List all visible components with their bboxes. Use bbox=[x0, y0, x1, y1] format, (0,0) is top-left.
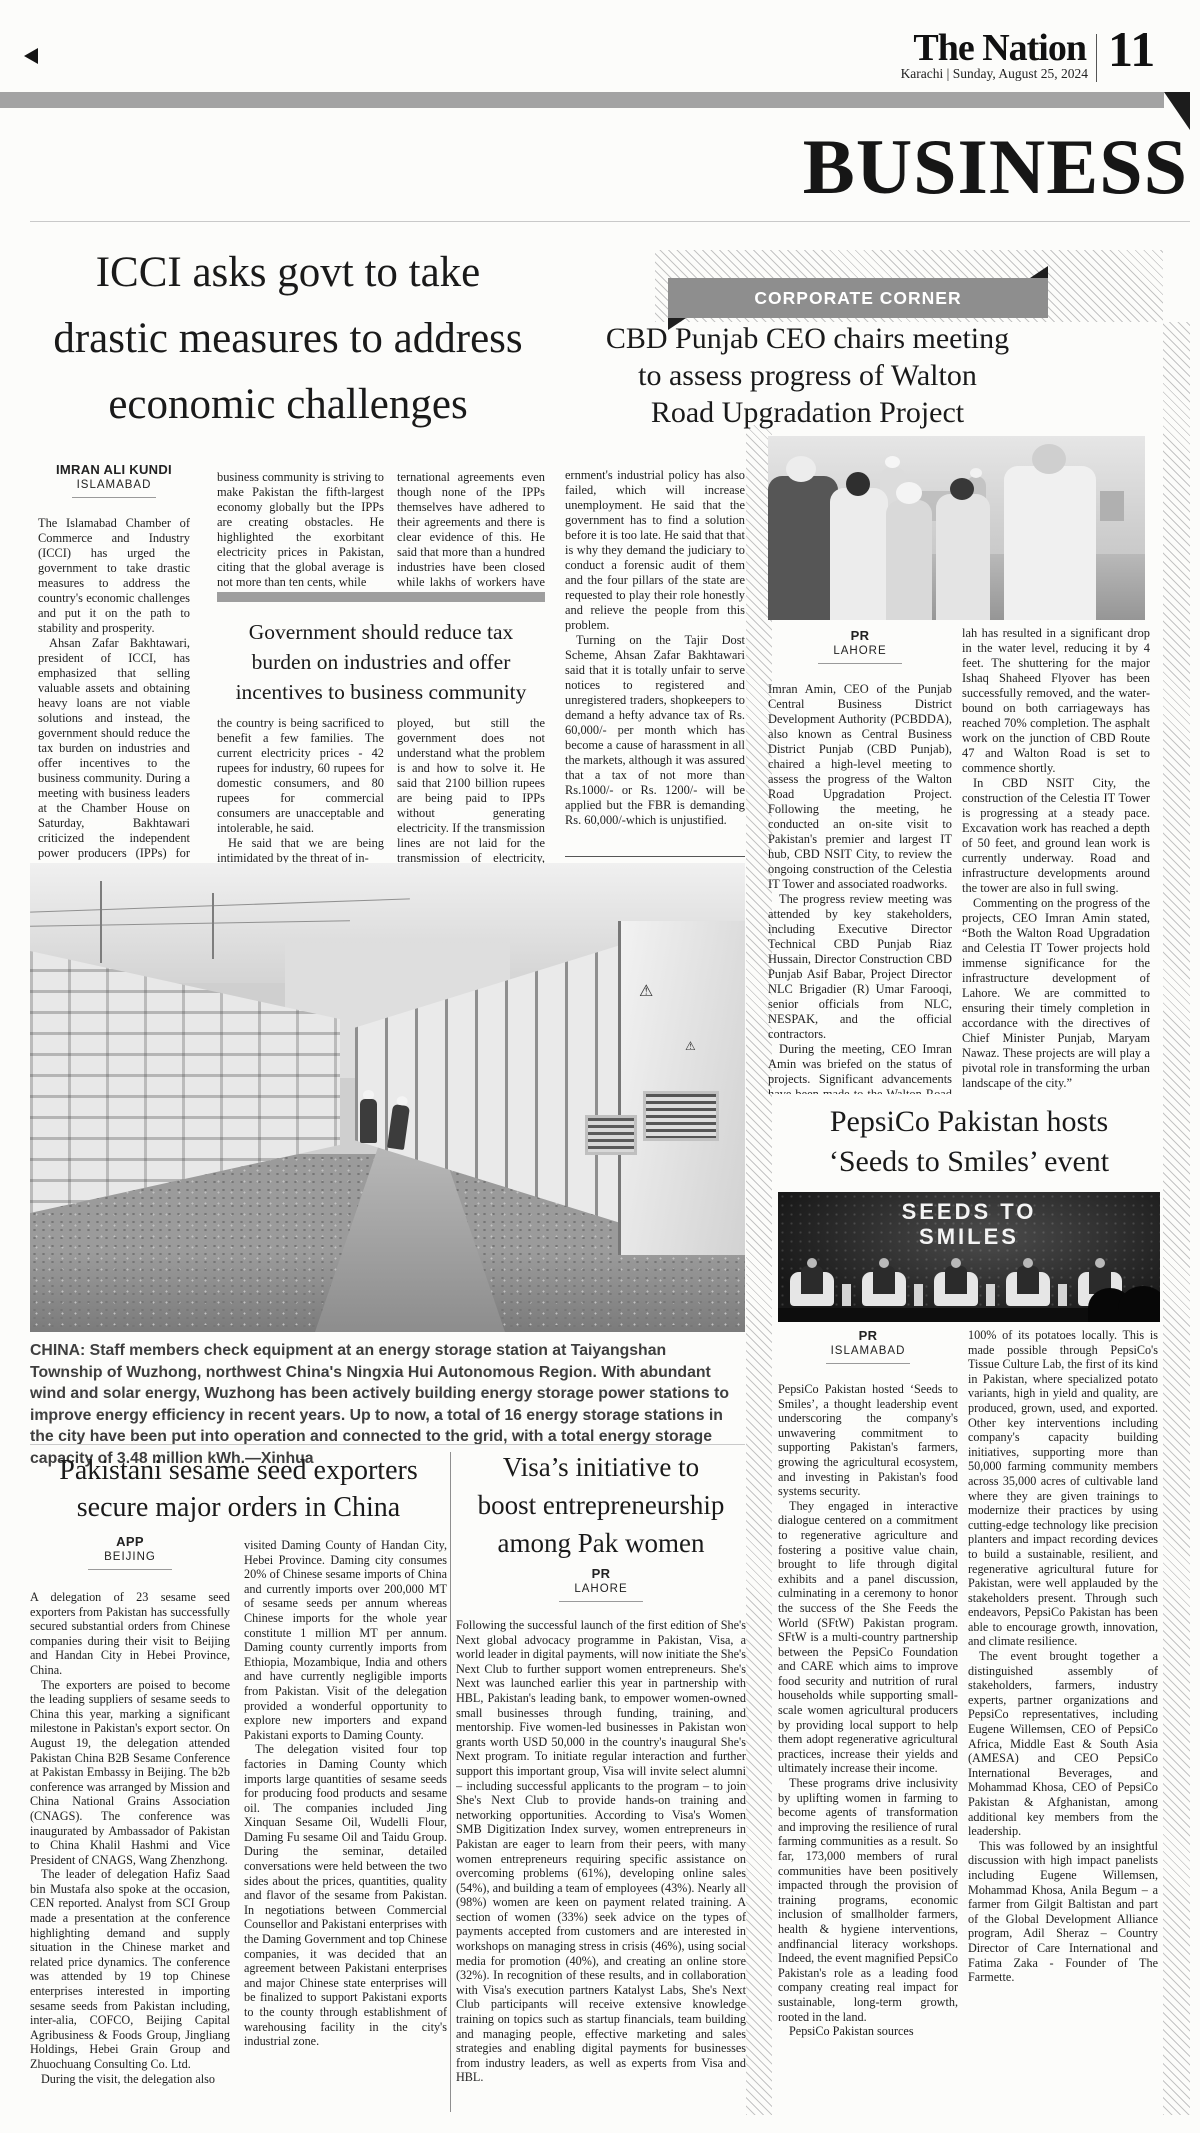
worker-figure bbox=[768, 476, 838, 620]
icci-author: IMRAN ALI KUNDI bbox=[38, 462, 190, 477]
cbd-city: LAHORE bbox=[768, 645, 952, 657]
pepsico-column-2: 100% of its potatoes locally. This is ma… bbox=[968, 1328, 1158, 2113]
pepsico-column-1: PepsiCo Pakistan hosted ‘Seeds to Smiles… bbox=[778, 1382, 958, 2113]
pepsico-city: ISLAMABAD bbox=[778, 1345, 958, 1357]
masthead-dateline: Karachi | Sunday, August 25, 2024 bbox=[901, 66, 1088, 82]
sesame-column-2: visited Daming County of Handan City, He… bbox=[244, 1538, 447, 2114]
icci-pull-quote: Government should reduce tax burden on i… bbox=[217, 592, 545, 707]
panelist-figure bbox=[1017, 1266, 1039, 1294]
side-table bbox=[914, 1284, 923, 1306]
caption-rule bbox=[30, 1444, 745, 1445]
cbd-agency: PR bbox=[768, 628, 952, 643]
header-gray-bar bbox=[0, 92, 1164, 108]
icci-column-3-below-quote: ployed, but still the government does no… bbox=[397, 716, 545, 863]
worker-figure bbox=[886, 500, 932, 620]
staff-worker-figure bbox=[360, 1099, 377, 1143]
section-title: BUSINESS bbox=[803, 126, 1188, 208]
hatch-divider-right bbox=[1163, 322, 1190, 2115]
sesame-headline: Pakistani sesame seed exporters secure m… bbox=[30, 1452, 447, 1526]
visa-byline: PR LAHORE bbox=[456, 1566, 746, 1602]
pepsico-headline: PepsiCo Pakistan hosts ‘Seeds to Smiles’… bbox=[778, 1102, 1160, 1182]
panelist-figure bbox=[945, 1266, 967, 1294]
visa-headline: Visa’s initiative to boost entrepreneurs… bbox=[456, 1448, 746, 1562]
byline-rule bbox=[88, 1569, 172, 1570]
icci-column-2-below-quote: the country is being sacrificed to benef… bbox=[217, 716, 384, 863]
sesame-agency: APP bbox=[30, 1534, 230, 1549]
hatch-divider-left bbox=[746, 425, 772, 2115]
seeds-to-smiles-backdrop-text: SEEDS TO SMILES bbox=[778, 1199, 1160, 1249]
masthead-title: The Nation bbox=[913, 26, 1086, 70]
icci-column-4-end-rule bbox=[565, 856, 745, 857]
panelist-figure bbox=[873, 1266, 895, 1294]
visa-column: Following the successful launch of the f… bbox=[456, 1618, 746, 2114]
side-table bbox=[842, 1284, 851, 1306]
column-divider-rule bbox=[450, 1452, 451, 2112]
panelist-figure bbox=[801, 1266, 823, 1294]
worker-figure bbox=[1004, 466, 1096, 620]
icci-byline: IMRAN ALI KUNDI ISLAMABAD bbox=[38, 462, 190, 498]
sesame-city: BEIJING bbox=[30, 1551, 230, 1563]
background-building bbox=[1100, 491, 1124, 521]
china-energy-storage-photo: ⚠ ⚠ ⚠ bbox=[30, 863, 745, 1332]
worker-figure bbox=[936, 494, 990, 620]
icci-column-1: The Islamabad Chamber of Commerce and In… bbox=[38, 516, 190, 864]
header-rule bbox=[30, 221, 1190, 222]
icci-column-4: ernment's industrial policy has also fai… bbox=[565, 468, 745, 848]
newspaper-page: The Nation Karachi | Sunday, August 25, … bbox=[0, 0, 1200, 2133]
worker-figure bbox=[830, 488, 888, 620]
side-table bbox=[986, 1284, 995, 1306]
cbd-column-1: Imran Amin, CEO of the Punjab Central Bu… bbox=[768, 682, 952, 1094]
icci-column-3-above-quote: ternational agreements even though none … bbox=[397, 470, 545, 592]
pepsico-byline: PR ISLAMABAD bbox=[778, 1328, 958, 1364]
vent-grille bbox=[643, 1091, 719, 1141]
pepsico-agency: PR bbox=[778, 1328, 958, 1343]
vent-grille bbox=[585, 1115, 637, 1155]
pepsico-event-photo: SEEDS TO SMILES bbox=[778, 1192, 1160, 1322]
byline-rule bbox=[559, 1601, 643, 1602]
corporate-corner-banner: CORPORATE CORNER bbox=[668, 278, 1048, 318]
icci-column-2-above-quote: business community is striving to make P… bbox=[217, 470, 384, 592]
masthead-divider bbox=[1096, 34, 1097, 82]
side-table bbox=[1058, 1284, 1067, 1306]
high-voltage-warning-icon: ⚠ bbox=[685, 1039, 696, 1053]
byline-rule bbox=[818, 663, 902, 664]
byline-rule bbox=[826, 1363, 910, 1364]
icci-headline: ICCI asks govt to take drastic measures … bbox=[30, 240, 546, 438]
cbd-column-2: lah has resulted in a significant drop i… bbox=[962, 626, 1150, 1098]
byline-rule bbox=[72, 497, 156, 498]
sesame-byline: APP BEIJING bbox=[30, 1534, 230, 1570]
cbd-headline: CBD Punjab CEO chairs meeting to assess … bbox=[560, 320, 1055, 431]
visa-agency: PR bbox=[456, 1566, 746, 1581]
cbd-byline: PR LAHORE bbox=[768, 628, 952, 664]
high-voltage-warning-icon: ⚠ bbox=[639, 981, 653, 1000]
pull-quote-text: Government should reduce tax burden on i… bbox=[217, 617, 545, 707]
visa-city: LAHORE bbox=[456, 1583, 746, 1595]
utility-pole bbox=[212, 893, 214, 959]
pull-quote-bar bbox=[217, 592, 545, 602]
utility-pole bbox=[100, 881, 102, 963]
icci-city: ISLAMABAD bbox=[38, 479, 190, 491]
cbd-site-visit-photo bbox=[768, 436, 1145, 620]
corner-registration-mark-icon bbox=[24, 48, 38, 64]
sesame-column-1: A delegation of 23 sesame seed exporters… bbox=[30, 1590, 230, 2114]
electrical-cabinet: ⚠ ⚠ ⚠ bbox=[618, 921, 745, 1255]
page-number: 11 bbox=[1108, 20, 1155, 78]
